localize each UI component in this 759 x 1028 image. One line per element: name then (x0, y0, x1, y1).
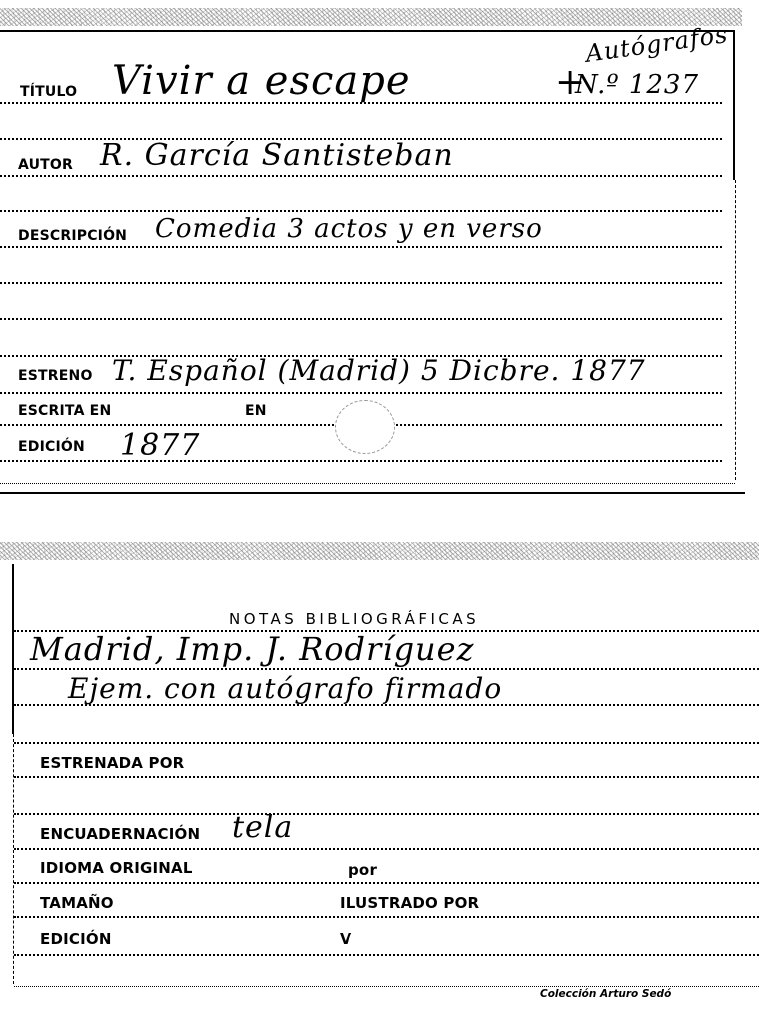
blank-line-1 (0, 282, 722, 284)
bottom-dotted-line (14, 986, 759, 987)
descripcion-value: Comedia 3 actos y en verso (155, 214, 543, 244)
scan-noise-border (0, 8, 742, 26)
tamano-line (14, 916, 759, 918)
edicion-label: EDICIÓN (18, 439, 85, 455)
card-right-edge (733, 30, 735, 180)
blank-line-3 (14, 813, 759, 815)
notes-line-2 (14, 668, 759, 670)
titulo-line (0, 102, 722, 104)
notes-line-4 (14, 742, 759, 744)
edicion-label-2: EDICIÓN (40, 930, 112, 948)
estreno-value: T. Español (Madrid) 5 Dicbre. 1877 (112, 354, 646, 387)
encuadernacion-value: tela (232, 810, 293, 845)
por-label: por (348, 861, 377, 879)
autor-label: AUTOR (18, 157, 73, 173)
bottom-catalog-card: NOTAS BIBLIOGRÁFICAS Madrid, Imp. J. Rod… (0, 530, 759, 1028)
encuadernacion-line (14, 848, 759, 850)
encuadernacion-label: ENCUADERNACIÓN (40, 825, 200, 843)
notes-line-2-text: Ejem. con autógrafo firmado (68, 672, 502, 705)
descripcion-label: DESCRIPCIÓN (18, 228, 127, 244)
titulo-label: TÍTULO (20, 84, 77, 100)
escrita-en-label: ESCRITA EN (18, 403, 111, 419)
notes-heading: NOTAS BIBLIOGRÁFICAS (229, 610, 479, 628)
edicion-line (0, 460, 722, 462)
autor-line (0, 175, 722, 177)
annotation-number: N.º 1237 (575, 70, 699, 100)
annotation-category: Autógrafos (584, 20, 730, 68)
estreno-label: ESTRENO (18, 368, 93, 384)
card-right-edge-dashed (735, 180, 736, 480)
descripcion-top-line (0, 210, 722, 212)
card-bottom-edge (0, 492, 745, 494)
notes-line-3 (14, 704, 759, 706)
blank-line-2 (0, 318, 722, 320)
punch-hole (335, 400, 395, 454)
punch-hole-2 (348, 918, 404, 974)
autor-value: R. García Santisteban (100, 138, 454, 173)
card-top-edge (0, 30, 733, 32)
estrenada-por-line (14, 776, 759, 778)
descripcion-line (0, 246, 722, 248)
edicion-line-2 (14, 954, 759, 956)
idioma-original-label: IDIOMA ORIGINAL (40, 859, 193, 877)
notes-line-1-text: Madrid, Imp. J. Rodríguez (30, 630, 474, 668)
edicion-value: 1877 (120, 428, 200, 463)
tamano-label: TAMAÑO (40, 894, 114, 912)
card-left-edge-dashed (13, 734, 14, 984)
top-catalog-card: TÍTULO Vivir a escape + N.º 1237 Autógra… (0, 0, 759, 500)
idioma-original-line (14, 882, 759, 884)
card-bottom-dotted (0, 483, 735, 484)
scan-noise-border (0, 542, 759, 560)
en-label: EN (245, 403, 267, 419)
titulo-value: Vivir a escape (112, 58, 411, 104)
card-left-edge (12, 564, 14, 734)
ilustrado-por-label: ILUSTRADO POR (340, 894, 479, 912)
estrenada-por-label: ESTRENADA POR (40, 754, 184, 772)
collection-credit: Colección Arturo Sedó (540, 988, 671, 1000)
estreno-line (0, 392, 722, 394)
